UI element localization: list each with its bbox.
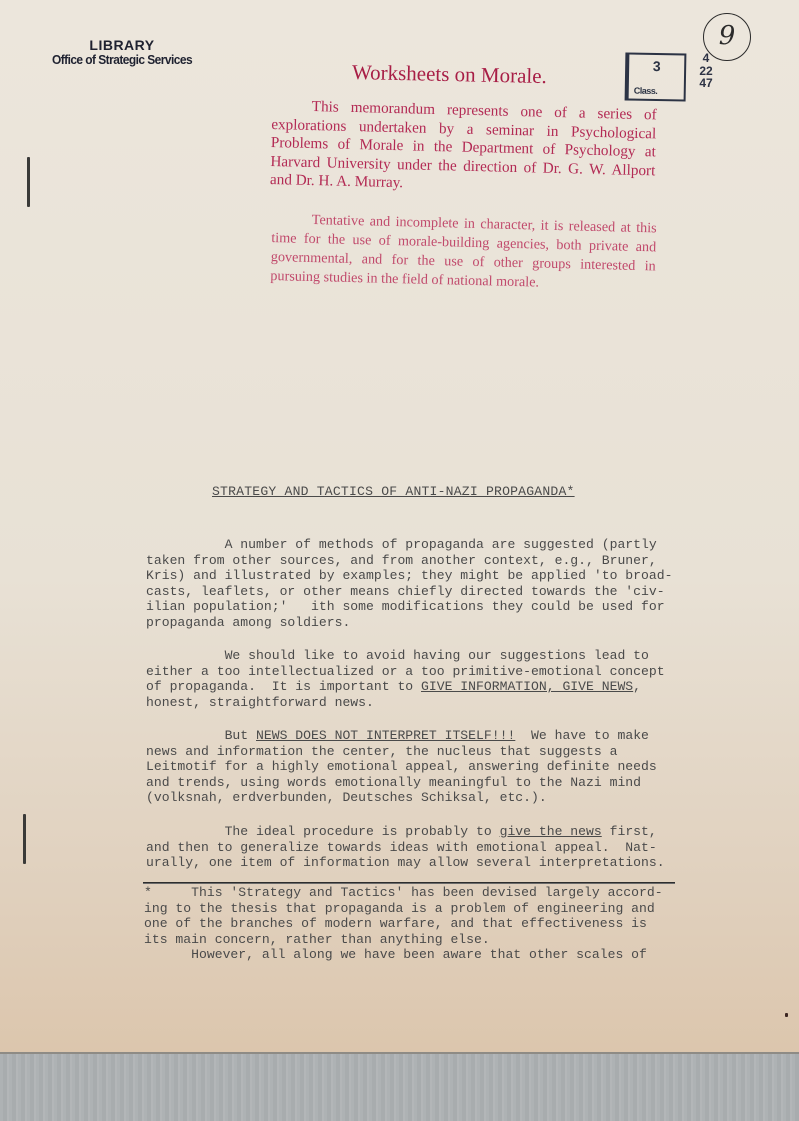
emphasized-text: NEWS DOES NOT INTERPRET ITSELF!!! <box>256 728 515 743</box>
footnote: * This 'Strategy and Tactics' has been d… <box>144 885 674 963</box>
intro-text: Tentative and incomplete in character, i… <box>270 210 657 295</box>
intro-paragraph: Tentative and incomplete in character, i… <box>270 210 657 295</box>
classification-number: 3 <box>629 58 684 75</box>
document-page: LIBRARY Office of Strategic Services Wor… <box>0 0 799 1054</box>
body-paragraph: But NEWS DOES NOT INTERPRET ITSELF!!! We… <box>146 728 676 806</box>
body-paragraph: We should like to avoid having our sugge… <box>146 648 676 710</box>
library-stamp-line1: LIBRARY <box>32 38 212 53</box>
staple-mark <box>27 157 30 207</box>
page-number-marker: 9 <box>703 13 751 61</box>
emphasized-text: GIVE INFORMATION, GIVE NEWS <box>421 679 633 694</box>
section-heading: STRATEGY AND TACTICS OF ANTI-NAZI PROPAG… <box>212 484 742 500</box>
emphasized-text: give the news <box>500 824 602 839</box>
date-stamp: 4 22 47 <box>695 52 717 90</box>
staple-mark <box>23 814 26 864</box>
date-year: 47 <box>695 77 717 90</box>
library-stamp: LIBRARY Office of Strategic Services <box>32 38 212 68</box>
document-title: Worksheets on Morale. <box>352 60 547 89</box>
classification-stamp: 3 Class. <box>625 52 687 101</box>
classification-label: Class. <box>634 86 658 96</box>
library-stamp-line2: Office of Strategic Services <box>39 53 205 67</box>
body-text: But <box>146 728 256 743</box>
footnote-divider <box>143 882 675 884</box>
paper-speck <box>785 1013 788 1017</box>
body-paragraph: A number of methods of propaganda are su… <box>146 537 676 630</box>
scanner-background <box>0 1054 799 1121</box>
intro-paragraph: This memorandum represents one of a seri… <box>270 97 657 199</box>
intro-text: This memorandum represents one of a seri… <box>270 97 657 199</box>
body-text: The ideal procedure is probably to <box>146 824 500 839</box>
body-paragraph: The ideal procedure is probably to give … <box>146 824 676 871</box>
